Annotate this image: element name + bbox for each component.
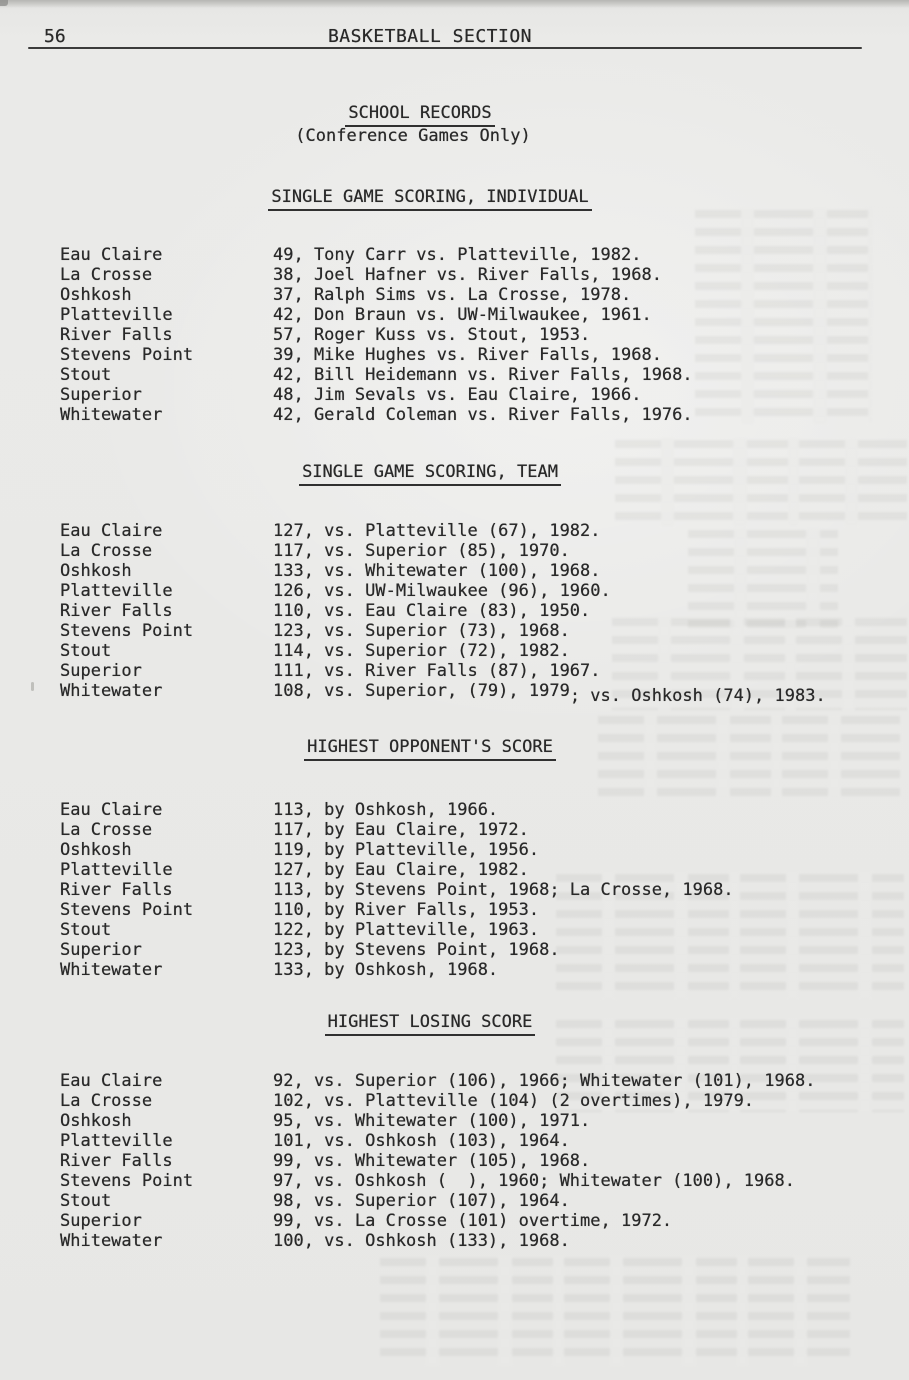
- record-row: La Crosse117, by Eau Claire, 1972.: [60, 820, 890, 840]
- record-row: Whitewater100, vs. Oshkosh (133), 1968.: [60, 1231, 890, 1251]
- record-text: 114, vs. Superior (72), 1982.: [273, 641, 570, 661]
- record-row: Stout98, vs. Superior (107), 1964.: [60, 1191, 890, 1211]
- school-name: Stevens Point: [60, 345, 273, 365]
- school-name: Whitewater: [60, 1231, 273, 1251]
- document-subtitle: (Conference Games Only): [0, 126, 826, 146]
- school-name: Stout: [60, 641, 273, 661]
- record-text: 48, Jim Sevals vs. Eau Claire, 1966.: [273, 385, 641, 405]
- school-name: River Falls: [60, 880, 273, 900]
- record-text: 110, vs. Eau Claire (83), 1950.: [273, 601, 590, 621]
- school-name: Eau Claire: [60, 800, 273, 820]
- school-name: Stout: [60, 920, 273, 940]
- section-title-individual-scoring: SINGLE GAME SCORING, INDIVIDUAL: [0, 187, 860, 207]
- record-row: River Falls57, Roger Kuss vs. Stout, 195…: [60, 325, 890, 345]
- record-text: 108, vs. Superior, (79), 1979: [273, 681, 570, 701]
- school-name: Oshkosh: [60, 840, 273, 860]
- record-row: Stevens Point123, vs. Superior (73), 196…: [60, 621, 890, 641]
- record-text: 99, vs. Whitewater (105), 1968.: [273, 1151, 590, 1171]
- record-text: 39, Mike Hughes vs. River Falls, 1968.: [273, 345, 662, 365]
- school-name: Superior: [60, 661, 273, 681]
- record-text: 100, vs. Oshkosh (133), 1968.: [273, 1231, 570, 1251]
- record-row: Superior123, by Stevens Point, 1968.: [60, 940, 890, 960]
- record-text: 42, Bill Heidemann vs. River Falls, 1968…: [273, 365, 693, 385]
- record-row: Whitewater108, vs. Superior, (79), 1979;…: [60, 681, 890, 701]
- school-name: La Crosse: [60, 541, 273, 561]
- record-row: River Falls110, vs. Eau Claire (83), 195…: [60, 601, 890, 621]
- record-row: Whitewater42, Gerald Coleman vs. River F…: [60, 405, 890, 425]
- bleedthrough-text: [380, 1256, 850, 1366]
- school-name: Stevens Point: [60, 1171, 273, 1191]
- record-text: 133, by Oshkosh, 1968.: [273, 960, 498, 980]
- school-name: La Crosse: [60, 1091, 273, 1111]
- record-row: Stevens Point97, vs. Oshkosh ( ), 1960; …: [60, 1171, 890, 1191]
- record-row: Superior48, Jim Sevals vs. Eau Claire, 1…: [60, 385, 890, 405]
- record-text: 117, by Eau Claire, 1972.: [273, 820, 529, 840]
- record-row: Eau Claire113, by Oshkosh, 1966.: [60, 800, 890, 820]
- record-row: Stevens Point110, by River Falls, 1953.: [60, 900, 890, 920]
- record-text: 123, by Stevens Point, 1968.: [273, 940, 560, 960]
- scanned-document-page: 56 BASKETBALL SECTION SCHOOL RECORDS (Co…: [0, 0, 909, 1380]
- school-name: Stout: [60, 365, 273, 385]
- record-text: 37, Ralph Sims vs. La Crosse, 1978.: [273, 285, 631, 305]
- record-text: 119, by Platteville, 1956.: [273, 840, 539, 860]
- record-row: Oshkosh119, by Platteville, 1956.: [60, 840, 890, 860]
- record-row: Stout122, by Platteville, 1963.: [60, 920, 890, 940]
- school-name: Stevens Point: [60, 900, 273, 920]
- school-name: Whitewater: [60, 960, 273, 980]
- list-individual-scoring: Eau Claire49, Tony Carr vs. Platteville,…: [60, 245, 890, 425]
- school-name: Whitewater: [60, 681, 273, 701]
- school-name: Oshkosh: [60, 561, 273, 581]
- record-text: 113, by Oshkosh, 1966.: [273, 800, 498, 820]
- record-text: 95, vs. Whitewater (100), 1971.: [273, 1111, 590, 1131]
- school-name: Whitewater: [60, 405, 273, 425]
- header-rule: [28, 47, 862, 49]
- record-text: 111, vs. River Falls (87), 1967.: [273, 661, 601, 681]
- record-row: La Crosse117, vs. Superior (85), 1970.: [60, 541, 890, 561]
- school-name: Superior: [60, 940, 273, 960]
- record-text: 98, vs. Superior (107), 1964.: [273, 1191, 570, 1211]
- school-name: Superior: [60, 1211, 273, 1231]
- school-name: Eau Claire: [60, 245, 273, 265]
- school-name: Platteville: [60, 860, 273, 880]
- section-title-highest-opponent-score: HIGHEST OPPONENT'S SCORE: [0, 737, 860, 757]
- school-name: Platteville: [60, 581, 273, 601]
- list-highest-opponent-score: Eau Claire113, by Oshkosh, 1966. La Cros…: [60, 800, 890, 980]
- record-text-continuation: ; vs. Oshkosh (74), 1983.: [570, 686, 826, 706]
- record-text: 101, vs. Oshkosh (103), 1964.: [273, 1131, 570, 1151]
- record-row: Oshkosh95, vs. Whitewater (100), 1971.: [60, 1111, 890, 1131]
- bleedthrough-text: [615, 438, 907, 526]
- scan-top-edge: [0, 0, 909, 8]
- running-header-title: BASKETBALL SECTION: [0, 26, 860, 47]
- record-row: La Crosse38, Joel Hafner vs. River Falls…: [60, 265, 890, 285]
- record-row: Stevens Point39, Mike Hughes vs. River F…: [60, 345, 890, 365]
- record-text: 123, vs. Superior (73), 1968.: [273, 621, 570, 641]
- section-title-team-scoring: SINGLE GAME SCORING, TEAM: [0, 462, 860, 482]
- school-name: Oshkosh: [60, 285, 273, 305]
- record-text: 113, by Stevens Point, 1968; La Crosse, …: [273, 880, 734, 900]
- record-row: River Falls99, vs. Whitewater (105), 196…: [60, 1151, 890, 1171]
- record-row: La Crosse102, vs. Platteville (104) (2 o…: [60, 1091, 890, 1111]
- section-title-highest-losing-score: HIGHEST LOSING SCORE: [0, 1012, 860, 1032]
- school-name: River Falls: [60, 601, 273, 621]
- school-name: Stevens Point: [60, 621, 273, 641]
- record-row: Eau Claire127, vs. Platteville (67), 198…: [60, 521, 890, 541]
- record-row: Whitewater133, by Oshkosh, 1968.: [60, 960, 890, 980]
- record-row: Eau Claire92, vs. Superior (106), 1966; …: [60, 1071, 890, 1091]
- school-name: Platteville: [60, 1131, 273, 1151]
- school-name: Eau Claire: [60, 521, 273, 541]
- record-text: 117, vs. Superior (85), 1970.: [273, 541, 570, 561]
- scan-corner-mark: [0, 0, 8, 6]
- record-text: 38, Joel Hafner vs. River Falls, 1968.: [273, 265, 662, 285]
- list-team-scoring: Eau Claire127, vs. Platteville (67), 198…: [60, 521, 890, 701]
- record-row: Oshkosh133, vs. Whitewater (100), 1968.: [60, 561, 890, 581]
- record-row: Platteville127, by Eau Claire, 1982.: [60, 860, 890, 880]
- record-text: 92, vs. Superior (106), 1966; Whitewater…: [273, 1071, 815, 1091]
- school-name: La Crosse: [60, 265, 273, 285]
- record-text: 102, vs. Platteville (104) (2 overtimes)…: [273, 1091, 754, 1111]
- document-title: SCHOOL RECORDS: [0, 103, 840, 123]
- record-row: Eau Claire49, Tony Carr vs. Platteville,…: [60, 245, 890, 265]
- school-name: Stout: [60, 1191, 273, 1211]
- record-text: 127, vs. Platteville (67), 1982.: [273, 521, 601, 541]
- school-name: Superior: [60, 385, 273, 405]
- record-text: 133, vs. Whitewater (100), 1968.: [273, 561, 601, 581]
- list-highest-losing-score: Eau Claire92, vs. Superior (106), 1966; …: [60, 1071, 890, 1251]
- record-text: 42, Don Braun vs. UW-Milwaukee, 1961.: [273, 305, 652, 325]
- record-text: 57, Roger Kuss vs. Stout, 1953.: [273, 325, 590, 345]
- record-row: Superior99, vs. La Crosse (101) overtime…: [60, 1211, 890, 1231]
- record-text: 122, by Platteville, 1963.: [273, 920, 539, 940]
- record-text: 110, by River Falls, 1953.: [273, 900, 539, 920]
- record-text: 42, Gerald Coleman vs. River Falls, 1976…: [273, 405, 693, 425]
- record-text: 126, vs. UW-Milwaukee (96), 1960.: [273, 581, 611, 601]
- record-text: 99, vs. La Crosse (101) overtime, 1972.: [273, 1211, 672, 1231]
- record-text: 49, Tony Carr vs. Platteville, 1982.: [273, 245, 641, 265]
- scan-stray-mark: [31, 682, 34, 691]
- record-row: Oshkosh37, Ralph Sims vs. La Crosse, 197…: [60, 285, 890, 305]
- record-row: Platteville126, vs. UW-Milwaukee (96), 1…: [60, 581, 890, 601]
- record-text: 97, vs. Oshkosh ( ), 1960; Whitewater (1…: [273, 1171, 795, 1191]
- record-row: River Falls113, by Stevens Point, 1968; …: [60, 880, 890, 900]
- school-name: River Falls: [60, 325, 273, 345]
- school-name: Platteville: [60, 305, 273, 325]
- school-name: Eau Claire: [60, 1071, 273, 1091]
- school-name: La Crosse: [60, 820, 273, 840]
- record-row: Stout114, vs. Superior (72), 1982.: [60, 641, 890, 661]
- school-name: River Falls: [60, 1151, 273, 1171]
- bleedthrough-text: [598, 714, 903, 800]
- document-title-text: SCHOOL RECORDS: [345, 103, 494, 127]
- record-row: Platteville101, vs. Oshkosh (103), 1964.: [60, 1131, 890, 1151]
- record-row: Superior111, vs. River Falls (87), 1967.: [60, 661, 890, 681]
- record-row: Platteville42, Don Braun vs. UW-Milwauke…: [60, 305, 890, 325]
- school-name: Oshkosh: [60, 1111, 273, 1131]
- record-row: Stout42, Bill Heidemann vs. River Falls,…: [60, 365, 890, 385]
- record-text: 127, by Eau Claire, 1982.: [273, 860, 529, 880]
